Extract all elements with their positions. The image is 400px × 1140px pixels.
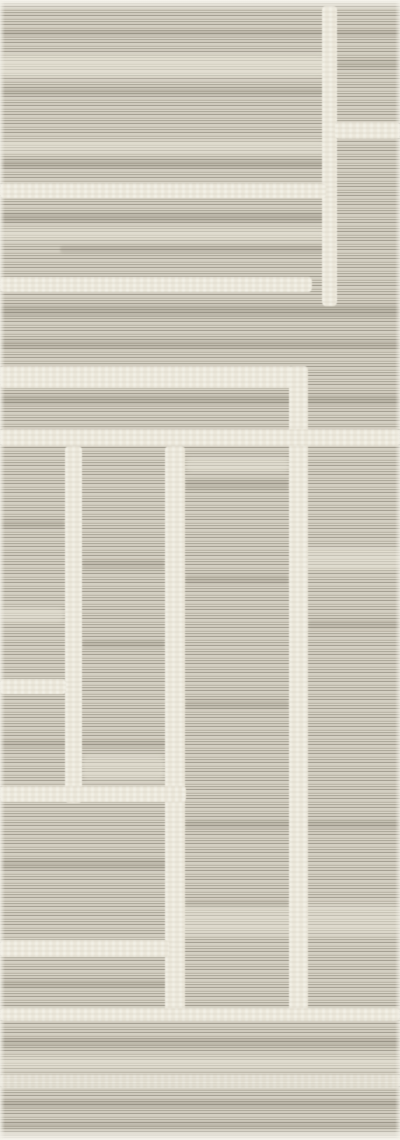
texture-streak (0, 860, 168, 869)
texture-streak (185, 480, 289, 490)
texture-streak (82, 560, 165, 569)
ivory-vbar-left (65, 446, 82, 803)
rug-field-texture (0, 0, 400, 1140)
texture-streak (0, 740, 185, 748)
texture-streak (308, 620, 400, 629)
texture-streak (0, 305, 400, 317)
ivory-vbar-right (289, 366, 308, 1014)
texture-streak (60, 246, 326, 253)
texture-light-patch (82, 755, 165, 780)
ivory-hband-left-lower (0, 940, 169, 957)
ivory-hband-bottom-light (0, 1074, 400, 1088)
texture-streak (185, 700, 289, 709)
rug-edge-fade-bottom (0, 1128, 400, 1140)
texture-light-patch (300, 548, 400, 570)
texture-light-patch (0, 228, 326, 241)
texture-streak (0, 30, 400, 36)
texture-streak (0, 88, 326, 95)
ivory-vbar-top-right (322, 6, 337, 306)
texture-streak (0, 980, 168, 988)
texture-streak (0, 340, 400, 349)
ivory-hband-right-upper (335, 122, 400, 139)
ivory-hband-top-3 (0, 366, 293, 388)
rug-edge-fade-right (395, 0, 400, 1140)
texture-light-patch (0, 1056, 400, 1070)
rug-edge-fade-top (0, 0, 400, 10)
rug-photo (0, 0, 400, 1140)
ivory-hband-top-1 (0, 183, 326, 198)
ivory-hband-bottom-full (0, 1008, 400, 1021)
ivory-hband-mid-full (0, 429, 400, 446)
texture-streak (82, 640, 165, 648)
texture-streak (0, 213, 326, 222)
texture-light-patch (185, 458, 290, 472)
texture-light-patch (170, 905, 400, 935)
ivory-hband-top-2 (0, 277, 312, 292)
ivory-hband-left-small (0, 679, 66, 694)
ivory-hband-left-mid (0, 786, 186, 802)
texture-streak (185, 575, 289, 584)
texture-streak (0, 1038, 400, 1047)
texture-light-patch (0, 55, 326, 77)
texture-streak (0, 520, 65, 528)
texture-streak (0, 1100, 400, 1108)
rug-edge-fade-left (0, 0, 5, 1140)
texture-light-patch (0, 608, 65, 622)
texture-light-patch (0, 140, 326, 154)
ivory-vbar-center (165, 446, 185, 1014)
texture-streak (0, 160, 326, 168)
texture-streak (0, 395, 400, 405)
texture-streak (337, 60, 400, 68)
